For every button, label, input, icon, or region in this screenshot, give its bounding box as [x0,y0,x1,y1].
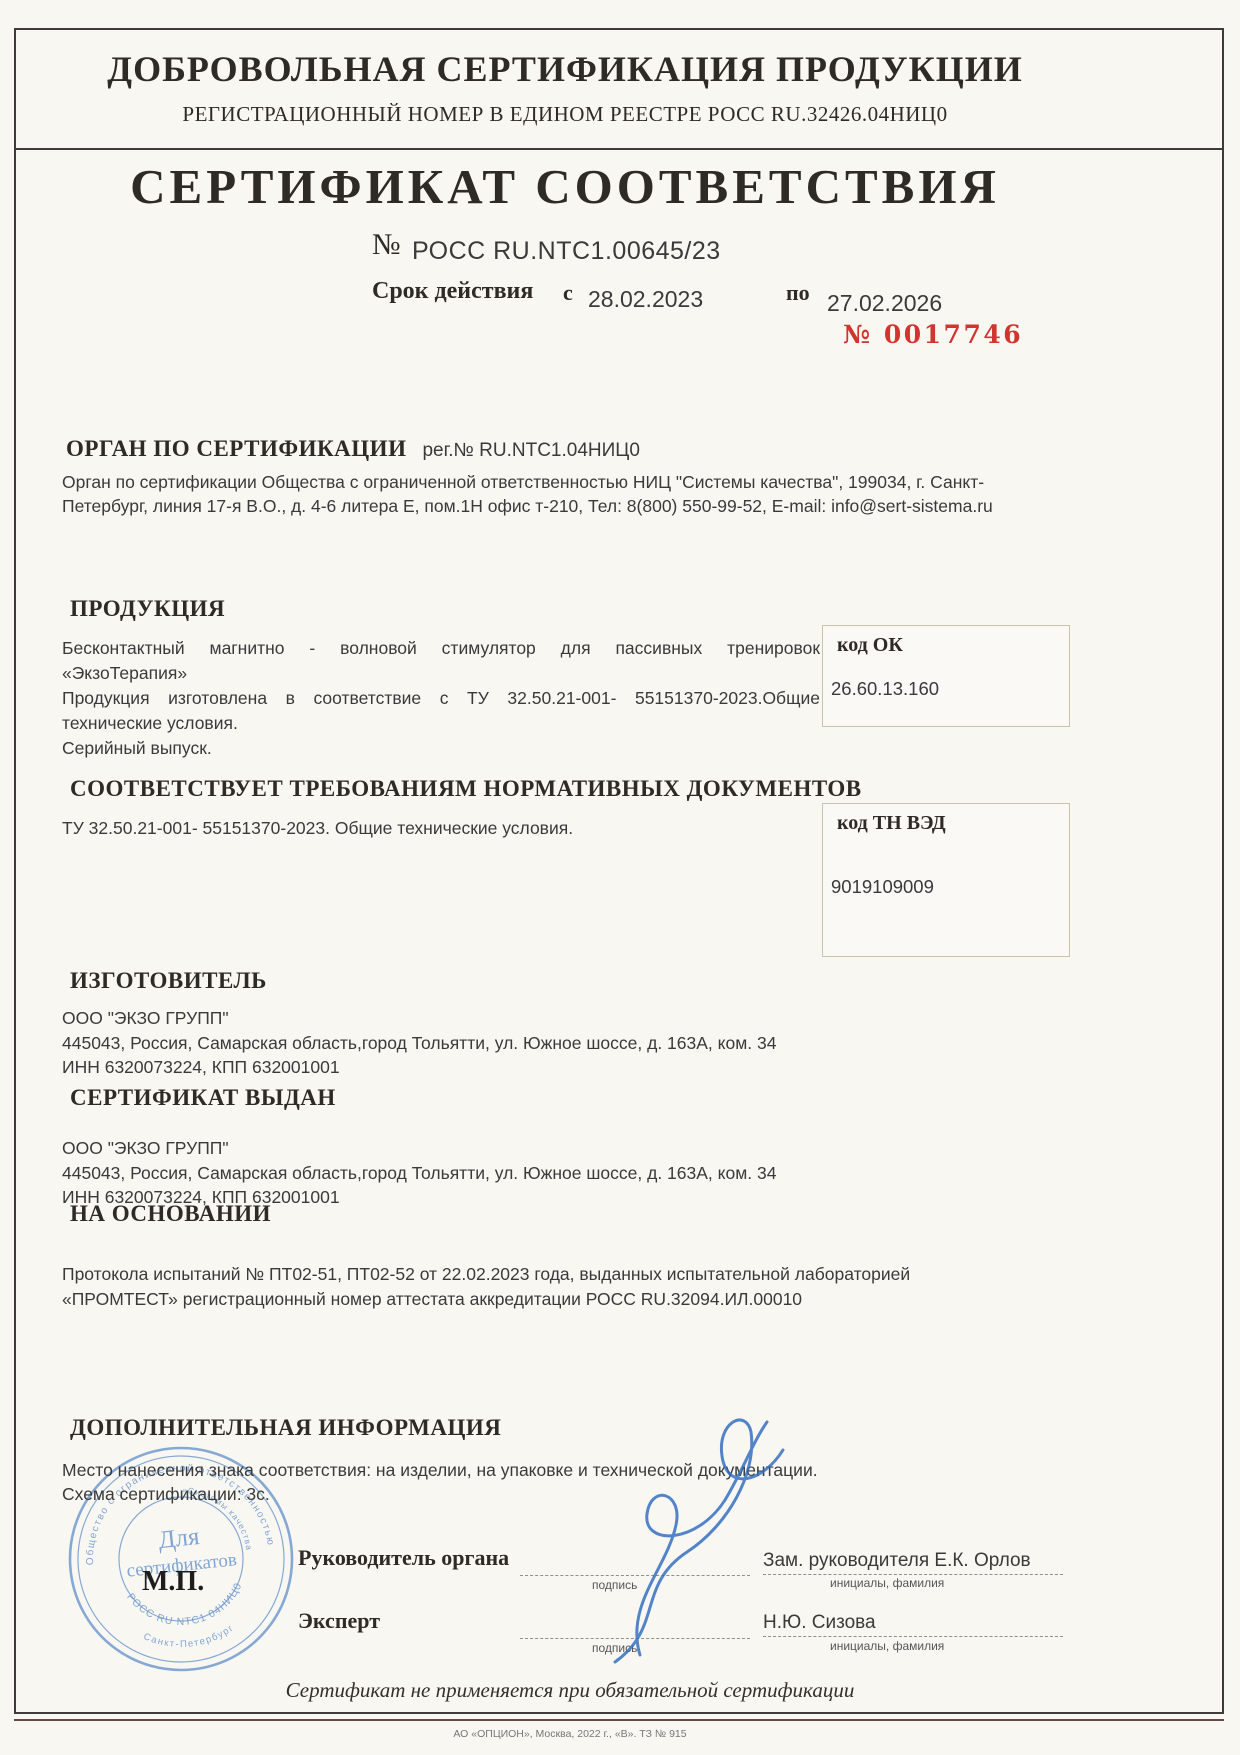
org-address-line1: Орган по сертификации Общества с огранич… [62,472,1072,493]
ok-code-value: 26.60.13.160 [831,678,939,700]
certificate-page: ДОБРОВОЛЬНАЯ СЕРТИФИКАЦИЯ ПРОДУКЦИИ РЕГИ… [0,0,1240,1755]
validity-from-label: с [563,280,573,306]
manufacturer-codes: ИНН 6320073224, КПП 632001001 [62,1057,340,1078]
certificate-title: СЕРТИФИКАТ СООТВЕТСТВИЯ [65,158,1065,215]
org-heading: ОРГАН ПО СЕРТИФИКАЦИИ [66,436,406,462]
blank-number: № 0017746 [843,320,1023,349]
issued-to-name: ООО "ЭКЗО ГРУПП" [62,1138,229,1159]
product-line4: технические условия. [62,713,820,734]
ok-code-box: код ОК 26.60.13.160 [822,625,1070,727]
issued-to-address: 445043, Россия, Самарская область,город … [62,1163,1072,1184]
stamp-place-label: М.П. [142,1566,204,1598]
tnved-code-label: код ТН ВЭД [823,804,1069,835]
product-line2: «ЭкзоТерапия» [62,663,820,684]
product-heading: ПРОДУКЦИЯ [70,596,225,622]
stamp-center-line1: Для [157,1523,201,1554]
manufacturer-address: 445043, Россия, Самарская область,город … [62,1033,1072,1054]
tnved-code-value: 9019109009 [831,876,934,898]
conformity-heading: СООТВЕТСТВУЕТ ТРЕБОВАНИЯМ НОРМАТИВНЫХ ДО… [70,776,862,802]
cert-number-value: РОСС RU.NTC1.00645/23 [412,237,721,266]
basis-line2: «ПРОМТЕСТ» регистрационный номер аттеста… [62,1289,1072,1310]
footnote: Сертификат не применяется при обязательн… [65,1678,1075,1703]
validity-to-label: по [786,280,810,306]
cert-number-label: № [372,228,401,262]
manufacturer-heading: ИЗГОТОВИТЕЛЬ [70,968,267,994]
signature-role-expert: Эксперт [298,1608,380,1634]
signature-role-head: Руководитель органа [298,1545,509,1571]
handwritten-signature [555,1400,815,1670]
basis-heading: НА ОСНОВАНИИ [70,1201,271,1227]
basis-line1: Протокола испытаний № ПТ02-51, ПТ02-52 о… [62,1264,1072,1285]
tnved-code-box: код ТН ВЭД 9019109009 [822,803,1070,957]
org-reg-number: рег.№ RU.NTC1.04НИЦ0 [422,440,639,462]
registry-number-line: РЕГИСТРАЦИОННЫЙ НОМЕР В ЕДИНОМ РЕЕСТРЕ Р… [65,102,1065,127]
validity-from-date: 28.02.2023 [588,286,703,313]
header-divider [14,148,1224,150]
product-line1: Бесконтактный магнитно - волновой стимул… [62,638,820,659]
additional-heading: ДОПОЛНИТЕЛЬНАЯ ИНФОРМАЦИЯ [70,1415,501,1441]
bottom-divider [14,1719,1224,1721]
manufacturer-name: ООО "ЭКЗО ГРУПП" [62,1008,229,1029]
validity-label: Срок действия [372,278,533,305]
validity-to-date: 27.02.2026 [827,290,942,317]
org-address-line2: Петербург, линия 17-я В.О., д. 4-6 литер… [62,496,1072,517]
product-line5: Серийный выпуск. [62,738,820,759]
name-caption-expert: инициалы, фамилия [830,1639,944,1653]
issued-to-heading: СЕРТИФИКАТ ВЫДАН [70,1085,336,1111]
ok-code-label: код ОК [823,626,1069,657]
product-line3: Продукция изготовлена в соответствие с Т… [62,688,820,709]
conformity-text: ТУ 32.50.21-001- 55151370-2023. Общие те… [62,818,812,839]
name-caption-head: инициалы, фамилия [830,1576,944,1590]
program-title: ДОБРОВОЛЬНАЯ СЕРТИФИКАЦИЯ ПРОДУКЦИИ [65,48,1065,90]
printer-imprint: АО «ОПЦИОН», Москва, 2022 г., «В». ТЗ № … [65,1728,1075,1740]
